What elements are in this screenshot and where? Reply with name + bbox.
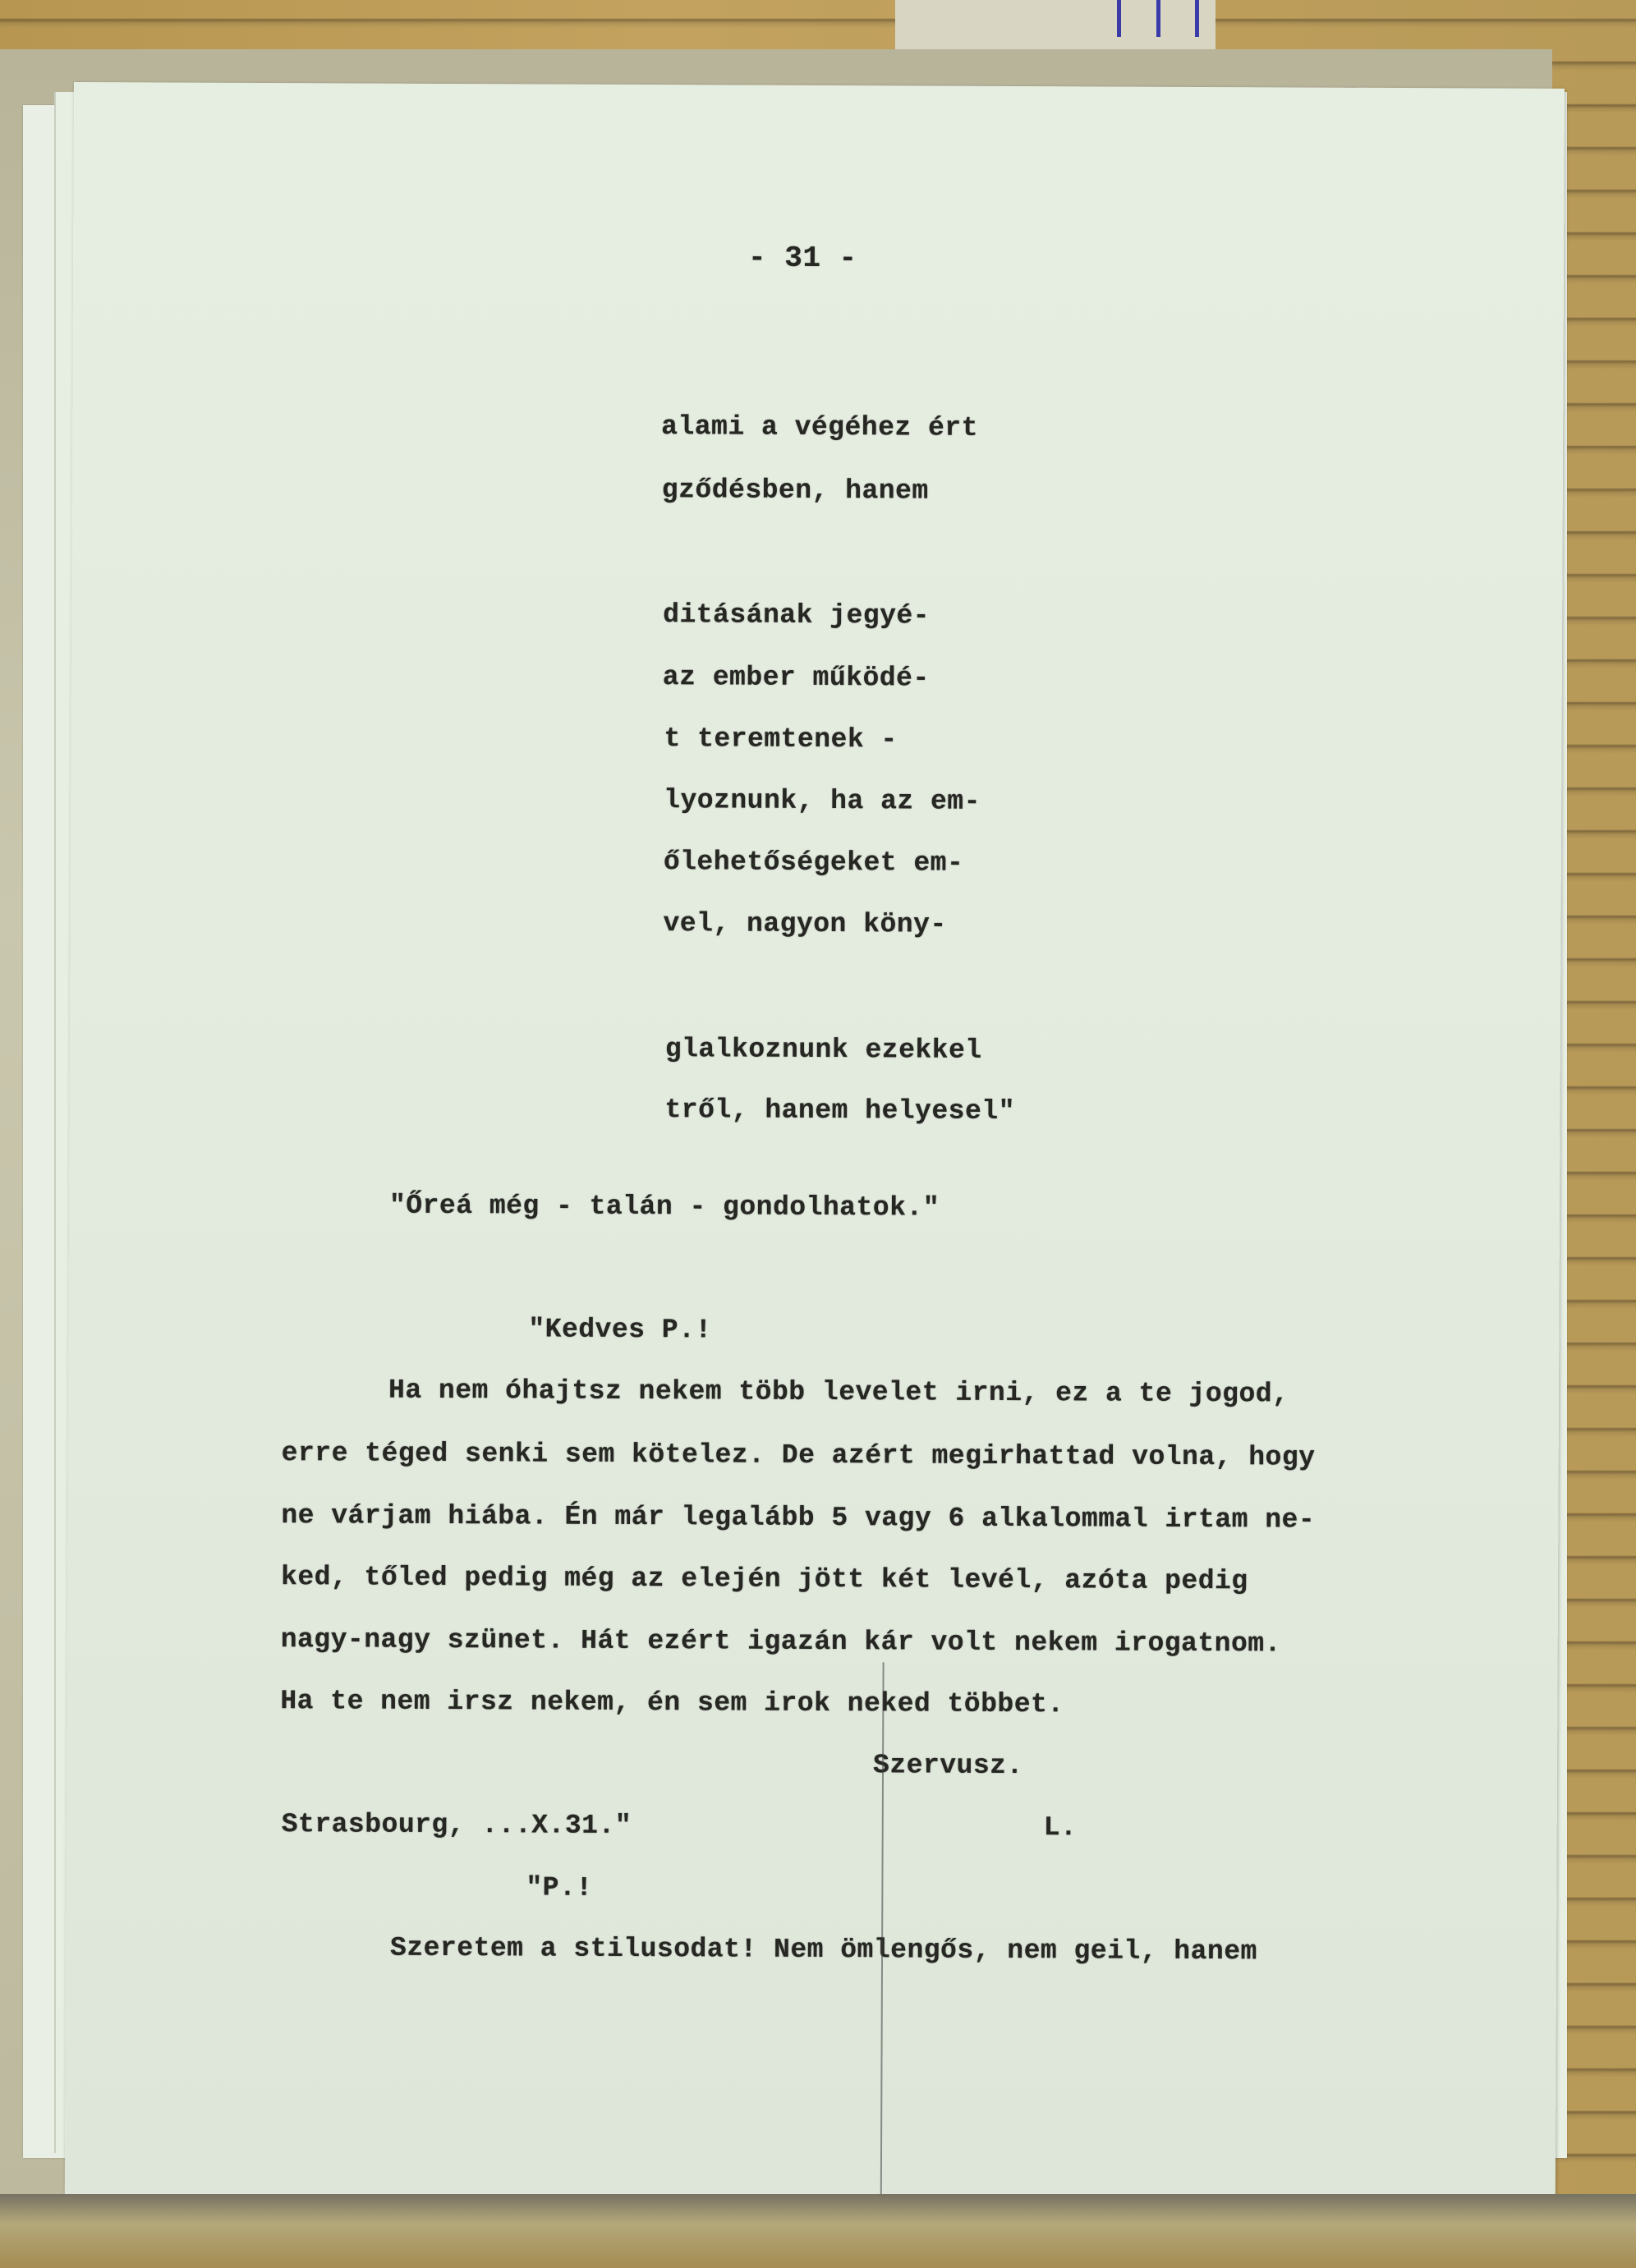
letter-body-line: Ha nem óhajtsz nekem több levelet irni, … xyxy=(388,1375,1289,1410)
fragment-line: az ember működé- xyxy=(663,662,930,693)
letter-closing: Szervusz. xyxy=(873,1750,1023,1781)
letter-body-line: nagy-nagy szünet. Hát ezért igazán kár v… xyxy=(281,1624,1281,1659)
page-number: - 31 - xyxy=(748,241,857,276)
letter-salutation: "Kedves P.! xyxy=(528,1314,712,1345)
fragment-line: tről, hanem helyesel" xyxy=(664,1095,1015,1127)
letter-body-line: erre téged senki sem kötelez. De azért m… xyxy=(282,1438,1316,1472)
typewritten-page: - 31 - alami a végéhez ért gződésben, ha… xyxy=(65,82,1565,2224)
letter-signature: L. xyxy=(1044,1812,1078,1843)
fragment-line: vel, nagyon köny- xyxy=(663,908,946,940)
ruled-line xyxy=(1117,0,1121,37)
fragment-line: glalkoznunk ezekkel xyxy=(665,1034,982,1066)
fragment-line: lyoznunk, ha az em- xyxy=(664,785,981,817)
fragment-line: ditásának jegyé- xyxy=(663,599,930,631)
lined-paper-corner xyxy=(895,0,1216,49)
table-edge xyxy=(0,2194,1636,2268)
letter-place-date: Strasbourg, ...X.31." xyxy=(282,1809,632,1841)
letter-body-line: ne várjam hiába. Én már legalább 5 vagy … xyxy=(281,1500,1315,1535)
ruled-line xyxy=(1195,0,1199,37)
letter-salutation: "P.! xyxy=(526,1872,592,1903)
fragment-line: őlehetőségeket em- xyxy=(664,847,964,879)
fragment-line: alami a végéhez ért xyxy=(661,411,978,443)
fragment-line: gződésben, hanem xyxy=(662,475,929,506)
fragment-line: t teremtenek - xyxy=(664,723,897,755)
letter-body-line: Ha te nem irsz nekem, én sem irok neked … xyxy=(280,1686,1064,1719)
quote-line: "Őreá még - talán - gondolhatok." xyxy=(389,1191,940,1224)
ruled-line xyxy=(1156,0,1160,37)
letter-body-line: Szeretem a stilusodat! Nem ömlengős, nem… xyxy=(390,1933,1257,1967)
letter-body-line: ked, tőled pedig még az elején jött két … xyxy=(281,1562,1248,1596)
